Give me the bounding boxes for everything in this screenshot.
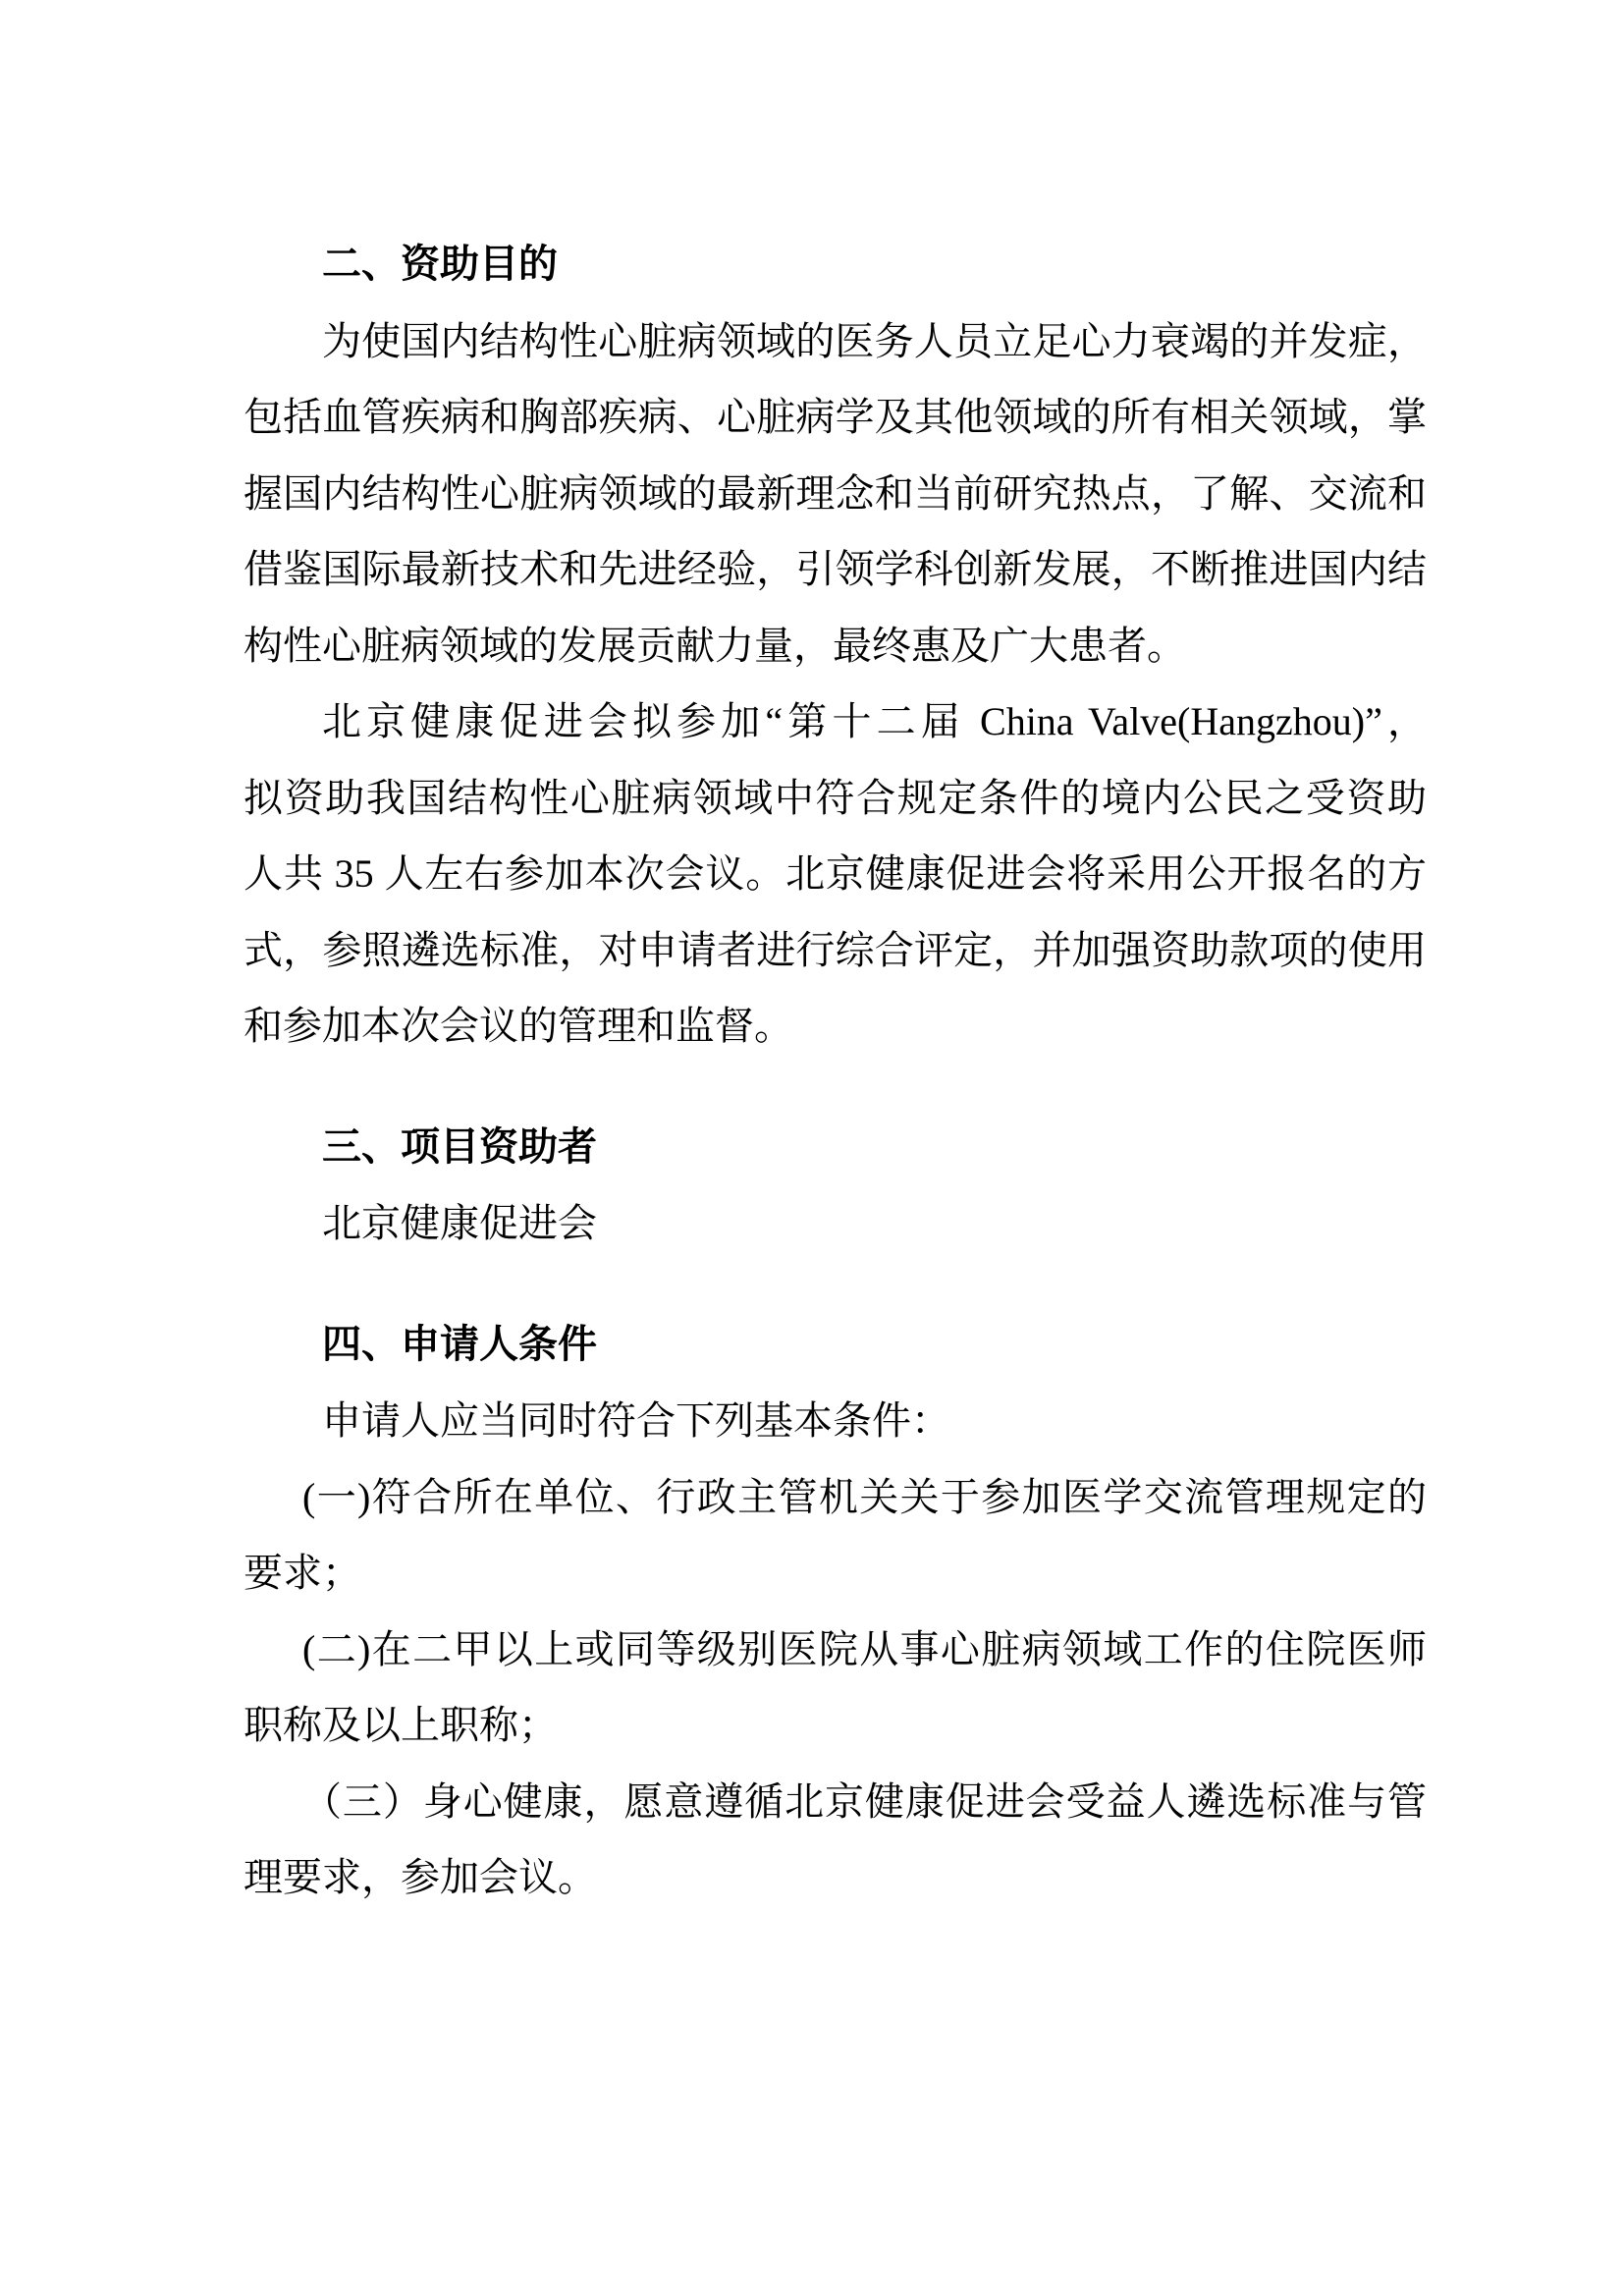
text-line: 和参加本次会议的管理和监督。 — [243, 988, 1427, 1065]
text-line: 握国内结构性心脏病领域的最新理念和当前研究热点，了解、交流和 — [243, 456, 1427, 532]
document-page: 二、资助目的为使国内结构性心脏病领域的医务人员立足心力衰竭的并发症，包括血管疾病… — [0, 0, 1623, 2296]
text-line: 构性心脏病领域的发展贡献力量，最终惠及广大患者。 — [243, 608, 1427, 684]
section-heading: 二、资助目的 — [243, 227, 1427, 303]
section-heading: 四、申请人条件 — [243, 1307, 1427, 1384]
text-line: 北京健康促进会 — [243, 1185, 1427, 1262]
text-line: 要求； — [243, 1535, 1427, 1612]
text-line: 人共 35 人左右参加本次会议。北京健康促进会将采用公开报名的方 — [243, 836, 1427, 912]
text-line: 拟资助我国结构性心脏病领域中符合规定条件的境内公民之受资助 — [243, 760, 1427, 837]
text-line: 包括血管疾病和胸部疾病、心脏病学及其他领域的所有相关领域，掌 — [243, 379, 1427, 456]
text-line: 北京健康促进会拟参加“第十二届 China Valve(Hangzhou)”， — [243, 683, 1427, 760]
text-line: (一)符合所在单位、行政主管机关关于参加医学交流管理规定的 — [243, 1459, 1427, 1536]
section-heading: 三、项目资助者 — [243, 1110, 1427, 1186]
text-line: 申请人应当同时符合下列基本条件： — [243, 1383, 1427, 1459]
text-line: （三）身心健康，愿意遵循北京健康促进会受益人遴选标准与管 — [243, 1764, 1427, 1840]
text-line: 为使国内结构性心脏病领域的医务人员立足心力衰竭的并发症， — [243, 303, 1427, 380]
document-content: 二、资助目的为使国内结构性心脏病领域的医务人员立足心力衰竭的并发症，包括血管疾病… — [243, 227, 1427, 1916]
text-line: 借鉴国际最新技术和先进经验，引领学科创新发展，不断推进国内结 — [243, 531, 1427, 608]
text-line: 理要求，参加会议。 — [243, 1839, 1427, 1916]
text-line: (二)在二甲以上或同等级别医院从事心脏病领域工作的住院医师 — [243, 1612, 1427, 1688]
text-line: 职称及以上职称； — [243, 1687, 1427, 1764]
text-line: 式，参照遴选标准，对申请者进行综合评定，并加强资助款项的使用 — [243, 912, 1427, 989]
